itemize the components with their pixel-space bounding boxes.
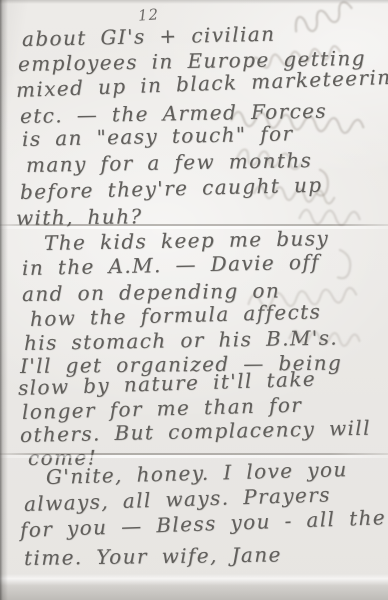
handwriting-line: before they're caught up [20,174,323,203]
handwriting-line: in the A.M. — Davie off [22,251,320,279]
handwriting-line: his stomach or his B.M's. [24,327,338,354]
bottom-fold-shadow [0,574,388,600]
handwriting-line: others. But complacency will [20,417,371,446]
fold-crease-lower [0,453,388,459]
handwriting-line: about GI's + civilian [22,23,276,50]
page-number: 12 [137,5,159,24]
handwriting-line: time. Your wife, Jane [24,543,282,569]
scan-edge-left [0,0,8,600]
handwriting-line: many for a few months [26,149,313,176]
scan-edge-top [0,0,388,4]
fold-crease-upper [0,224,388,230]
scanned-letter-page: 12 about GI's + civilian employees in Eu… [0,0,388,600]
handwriting-line: is an "easy touch" for [22,122,294,150]
